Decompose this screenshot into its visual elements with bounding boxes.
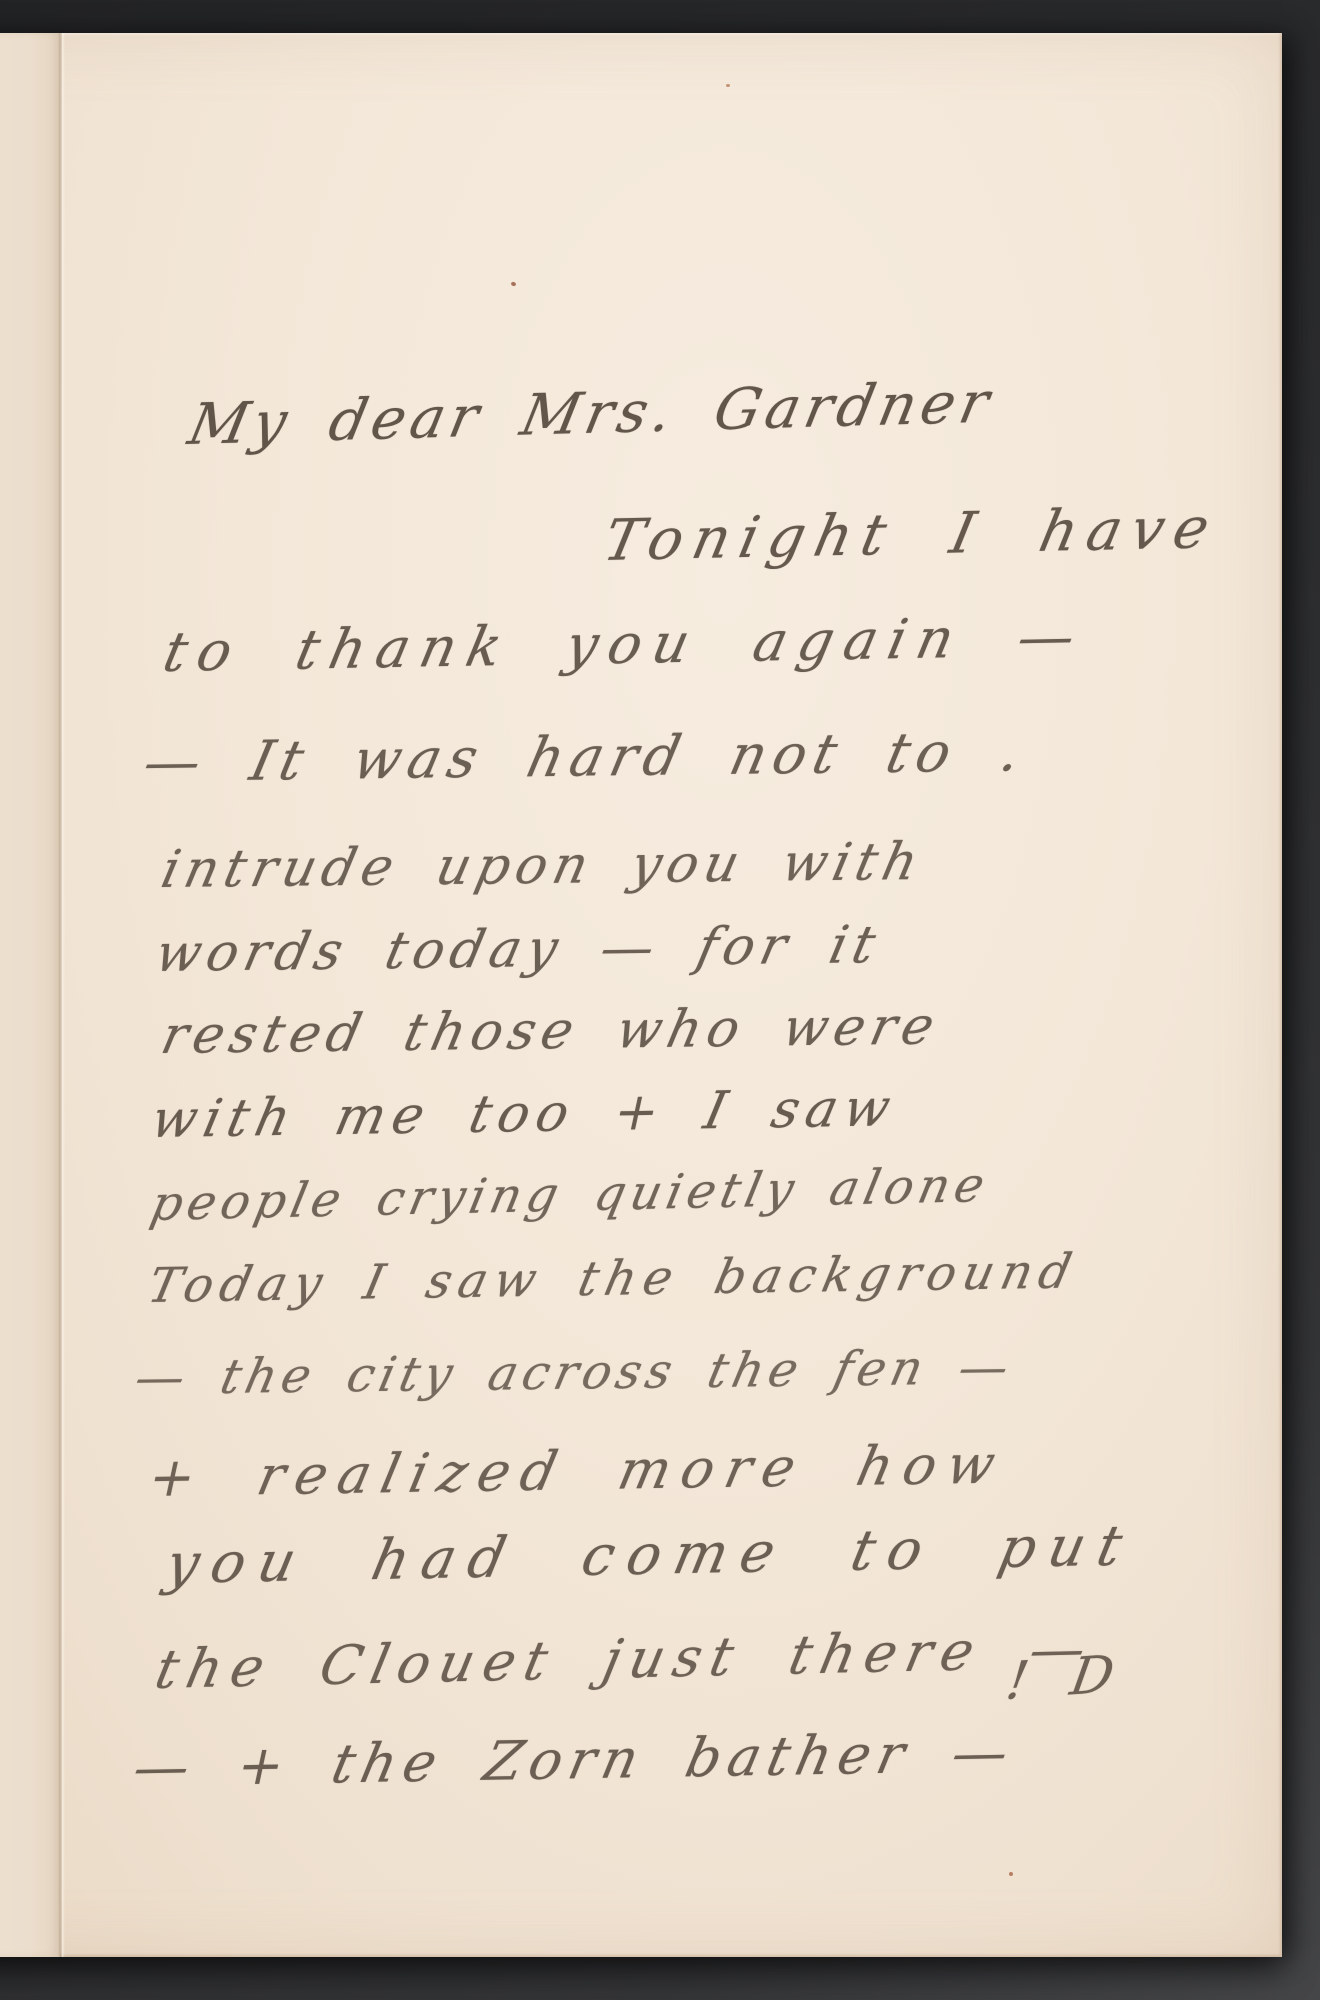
paper-speck	[1009, 1872, 1013, 1876]
handwriting-line: intrude upon you with	[156, 832, 929, 900]
handwriting-line: Tonight I have	[598, 495, 1225, 574]
photo-background-felt: My dear Mrs. GardnerTonight I haveto tha…	[0, 0, 1320, 2000]
paper-speck	[726, 84, 730, 87]
handwriting-line: rested those who were	[156, 997, 945, 1066]
paper-fold-crease	[58, 33, 65, 1957]
handwriting-line: — It was hard not to .	[138, 719, 1033, 794]
handwriting-line: — the city across the fen —	[130, 1339, 1019, 1406]
handwriting-line: with me too + I saw	[146, 1078, 903, 1150]
closing-flourish-mark: ! D	[1002, 1644, 1124, 1712]
folded-page-edge	[0, 33, 60, 1957]
handwriting-line: words today — for it	[150, 915, 887, 984]
